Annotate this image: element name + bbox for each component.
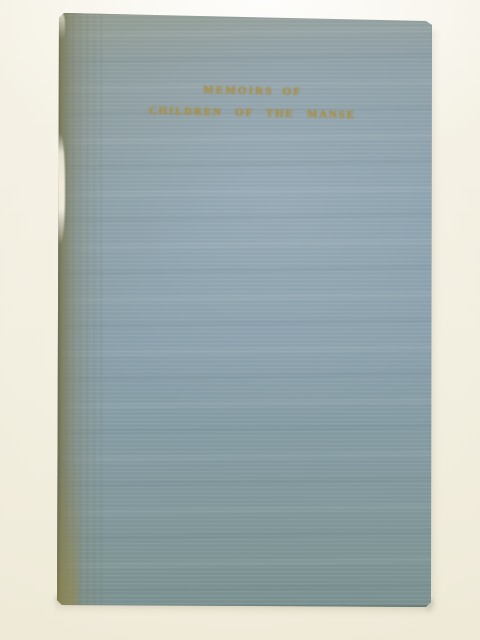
spine-wear-bottom: [54, 460, 78, 610]
cover-top-edge: [54, 11, 435, 15]
photo-backdrop: MEMOIRS OF CHILDREN OF THE MANSE: [0, 0, 480, 640]
spine-wear-top: [56, 13, 65, 39]
spine-wear-mark: [54, 133, 65, 245]
book-cover: MEMOIRS OF CHILDREN OF THE MANSE: [54, 11, 435, 610]
